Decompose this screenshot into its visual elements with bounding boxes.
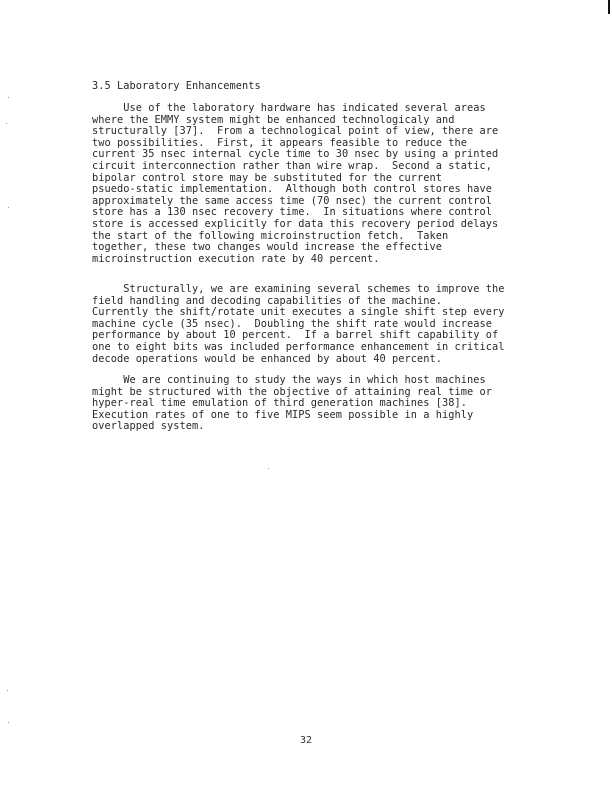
- scan-speck: [7, 690, 8, 691]
- text-line: psuedo-static implementation. Although b…: [92, 184, 498, 196]
- text-line: one to eight bits was included performan…: [92, 342, 504, 354]
- paragraph-technological-enhancements: Use of the laboratory hardware has indic…: [92, 103, 498, 265]
- text-line: Use of the laboratory hardware has indic…: [92, 103, 498, 115]
- text-line: store is accessed explicitly for data th…: [92, 219, 498, 231]
- text-line: overlapped system.: [92, 421, 492, 433]
- scan-speck: [8, 207, 9, 208]
- text-line: microinstruction execution rate by 40 pe…: [92, 254, 498, 266]
- text-line: circuit interconnection rather than wire…: [92, 161, 498, 173]
- text-line: We are continuing to study the ways in w…: [92, 375, 492, 387]
- text-line: together, these two changes would increa…: [92, 242, 498, 254]
- text-line: Structurally, we are examining several s…: [92, 284, 504, 296]
- paragraph-structural-enhancements: Structurally, we are examining several s…: [92, 284, 504, 365]
- section-heading: 3.5 Laboratory Enhancements: [92, 80, 261, 92]
- scan-speck: [268, 468, 269, 469]
- paragraph-host-machines: We are continuing to study the ways in w…: [92, 375, 492, 433]
- text-line: decode operations would be enhanced by a…: [92, 354, 504, 366]
- scan-speck: [8, 97, 9, 98]
- scan-speck: [6, 123, 7, 124]
- document-page: 3.5 Laboratory Enhancements Use of the l…: [0, 0, 612, 791]
- scan-edge-mark: [608, 0, 610, 14]
- page-number: 32: [0, 735, 612, 747]
- scan-speck: [8, 722, 9, 723]
